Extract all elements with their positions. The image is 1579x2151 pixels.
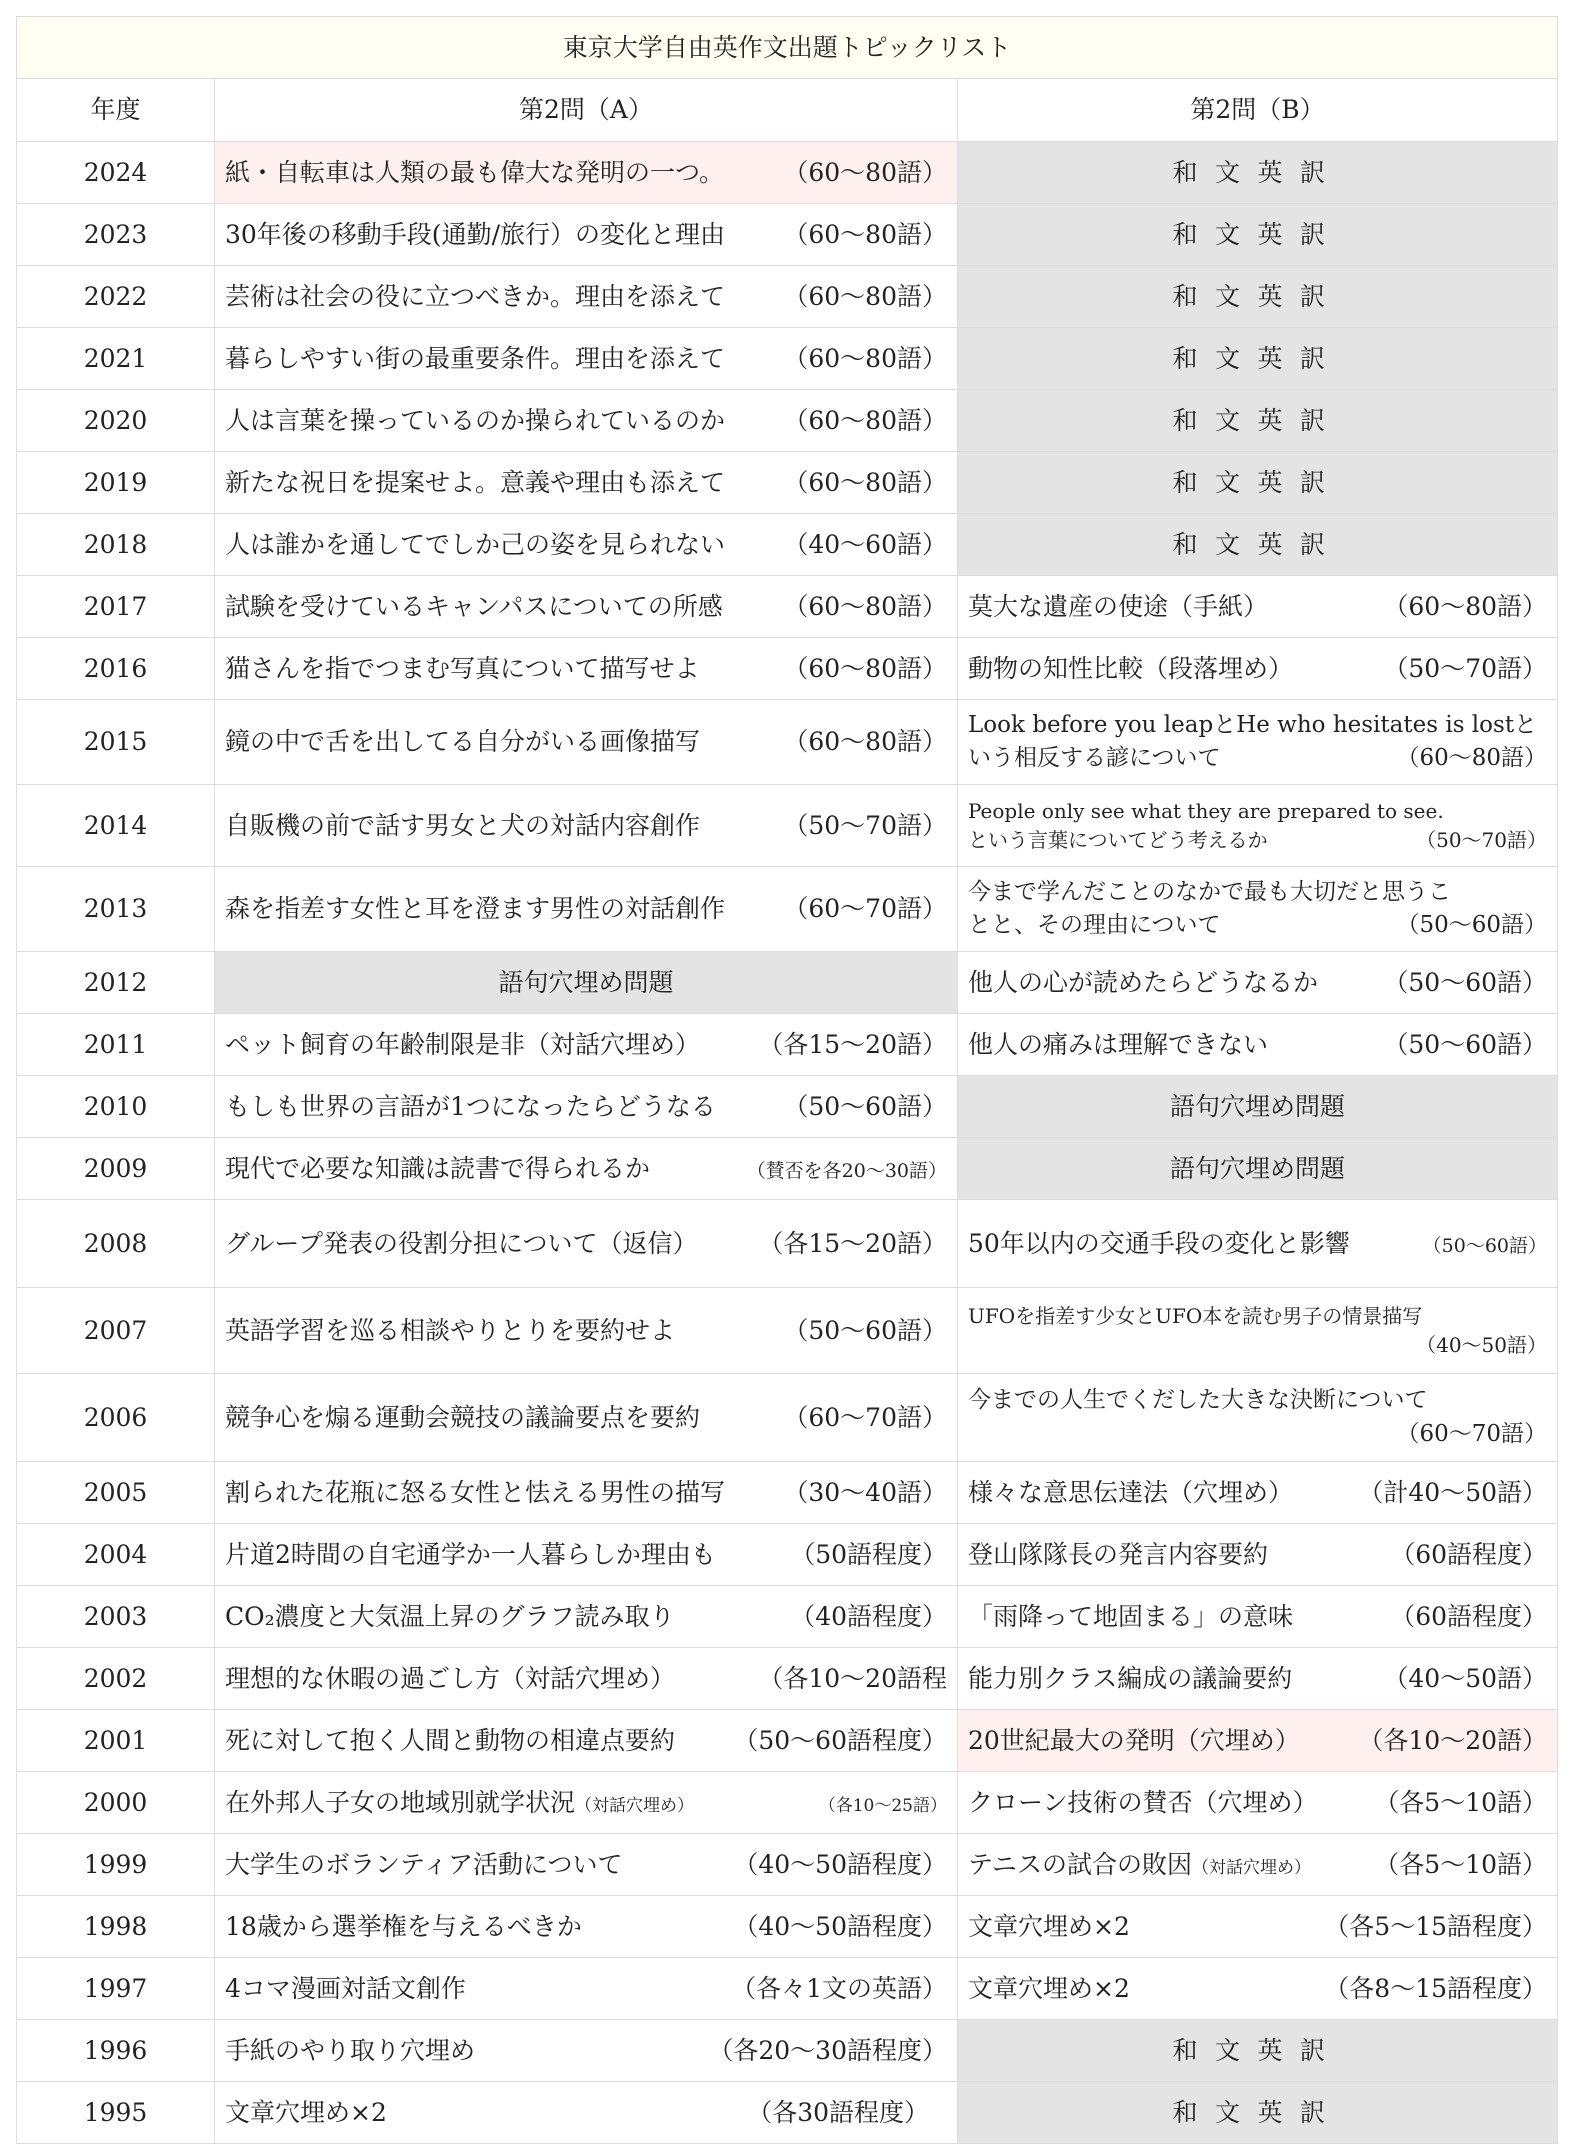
part-b-cell: 他人の痛みは理解できない（50〜60語） <box>958 1014 1558 1076</box>
part-b-cell: 「雨降って地固まる」の意味（60語程度） <box>958 1586 1558 1648</box>
part-b-cell: 他人の心が読めたらどうなるか（50〜60語） <box>958 952 1558 1014</box>
part-a-cell: CO₂濃度と大気温上昇のグラフ読み取り（40語程度） <box>215 1586 958 1648</box>
year-cell: 1996 <box>17 2020 215 2082</box>
part-b-cell: 文章穴埋め×2（各8〜15語程度） <box>958 1958 1558 2020</box>
year-cell: 1998 <box>17 1896 215 1958</box>
part-a-cell: 新たな祝日を提案せよ。意義や理由も添えて（60〜80語） <box>215 452 958 514</box>
part-b-cell: 20世紀最大の発明（穴埋め）（各10〜20語） <box>958 1710 1558 1772</box>
part-b-cell: Look before you leapとHe who hesitates is… <box>958 700 1558 785</box>
part-b-cell: 語句穴埋め問題 <box>958 1076 1558 1138</box>
part-b-cell: 動物の知性比較（段落埋め）（50〜70語） <box>958 638 1558 700</box>
table-row: 2017 試験を受けているキャンパスについての所感（60〜80語） 莫大な遺産の… <box>17 576 1558 638</box>
part-a-cell: 人は言葉を操っているのか操られているのか（60〜80語） <box>215 390 958 452</box>
table-row: 2008 グループ発表の役割分担について（返信）（各15〜20語） 50年以内の… <box>17 1200 1558 1288</box>
year-cell: 1997 <box>17 1958 215 2020</box>
year-cell: 2004 <box>17 1524 215 1586</box>
table-row: 2019 新たな祝日を提案せよ。意義や理由も添えて（60〜80語） 和文英訳 <box>17 452 1558 514</box>
year-cell: 2010 <box>17 1076 215 1138</box>
table-row: 1997 4コマ漫画対話文創作（各々1文の英語） 文章穴埋め×2（各8〜15語程… <box>17 1958 1558 2020</box>
year-cell: 2022 <box>17 266 215 328</box>
year-cell: 2017 <box>17 576 215 638</box>
part-b-cell: 和文英訳 <box>958 2020 1558 2082</box>
part-a-cell: もしも世界の言語が1つになったらどうなる（50〜60語） <box>215 1076 958 1138</box>
part-a-cell: 片道2時間の自宅通学か一人暮らしか理由も（50語程度） <box>215 1524 958 1586</box>
table-row: 2015 鏡の中で舌を出してる自分がいる画像描写（60〜80語） Look be… <box>17 700 1558 785</box>
table-row: 2006 競争心を煽る運動会競技の議論要点を要約（60〜70語） 今までの人生で… <box>17 1374 1558 1462</box>
year-cell: 2016 <box>17 638 215 700</box>
table-row: 1998 18歳から選挙権を与えるべきか（40〜50語程度） 文章穴埋め×2（各… <box>17 1896 1558 1958</box>
table-row: 2005 割られた花瓶に怒る女性と怯える男性の描写（30〜40語） 様々な意思伝… <box>17 1462 1558 1524</box>
table-row: 2021 暮らしやすい街の最重要条件。理由を添えて（60〜80語） 和文英訳 <box>17 328 1558 390</box>
part-a-cell: 英語学習を巡る相談やりとりを要約せよ（50〜60語） <box>215 1288 958 1374</box>
part-a-cell: 現代で必要な知識は読書で得られるか（賛否を各20〜30語） <box>215 1138 958 1200</box>
year-cell: 2014 <box>17 785 215 867</box>
year-cell: 2015 <box>17 700 215 785</box>
part-b-cell: UFOを指差す少女とUFO本を読む男子の情景描写（40〜50語） <box>958 1288 1558 1374</box>
table-row: 2011 ペット飼育の年齢制限是非（対話穴埋め）（各15〜20語） 他人の痛みは… <box>17 1014 1558 1076</box>
table-row: 2007 英語学習を巡る相談やりとりを要約せよ（50〜60語） UFOを指差す少… <box>17 1288 1558 1374</box>
part-a-cell: 競争心を煽る運動会競技の議論要点を要約（60〜70語） <box>215 1374 958 1462</box>
table-row: 2022 芸術は社会の役に立つべきか。理由を添えて（60〜80語） 和文英訳 <box>17 266 1558 328</box>
year-cell: 2008 <box>17 1200 215 1288</box>
year-cell: 2024 <box>17 142 215 204</box>
year-cell: 2011 <box>17 1014 215 1076</box>
part-a-cell: 文章穴埋め×2（各30語程度） <box>215 2082 958 2144</box>
table-row: 2009 現代で必要な知識は読書で得られるか（賛否を各20〜30語） 語句穴埋め… <box>17 1138 1558 1200</box>
year-cell: 1999 <box>17 1834 215 1896</box>
year-cell: 2012 <box>17 952 215 1014</box>
part-a-cell: 芸術は社会の役に立つべきか。理由を添えて（60〜80語） <box>215 266 958 328</box>
part-a-cell: 大学生のボランティア活動について（40〜50語程度） <box>215 1834 958 1896</box>
part-b-cell: クローン技術の賛否（穴埋め）（各5〜10語） <box>958 1772 1558 1834</box>
table-row: 2013 森を指差す女性と耳を澄ます男性の対話創作（60〜70語） 今まで学んだ… <box>17 867 1558 952</box>
part-b-cell: 様々な意思伝達法（穴埋め）（計40〜50語） <box>958 1462 1558 1524</box>
table-row: 2018 人は誰かを通してでしか己の姿を見られない（40〜60語） 和文英訳 <box>17 514 1558 576</box>
table-row: 2012 語句穴埋め問題 他人の心が読めたらどうなるか（50〜60語） <box>17 952 1558 1014</box>
year-cell: 2007 <box>17 1288 215 1374</box>
year-cell: 2002 <box>17 1648 215 1710</box>
part-a-cell: 死に対して抱く人間と動物の相違点要約（50〜60語程度） <box>215 1710 958 1772</box>
table-row: 1995 文章穴埋め×2（各30語程度） 和文英訳 <box>17 2082 1558 2144</box>
part-a-cell: 自販機の前で話す男女と犬の対話内容創作（50〜70語） <box>215 785 958 867</box>
part-b-cell: 和文英訳 <box>958 452 1558 514</box>
part-a-cell: 割られた花瓶に怒る女性と怯える男性の描写（30〜40語） <box>215 1462 958 1524</box>
topic-table: 東京大学自由英作文出題トピックリスト 年度 第2問（A） 第2問（B） 2024… <box>16 16 1558 2144</box>
part-a-cell: 4コマ漫画対話文創作（各々1文の英語） <box>215 1958 958 2020</box>
year-cell: 1995 <box>17 2082 215 2144</box>
part-a-cell: グループ発表の役割分担について（返信）（各15〜20語） <box>215 1200 958 1288</box>
year-cell: 2018 <box>17 514 215 576</box>
part-b-cell: 50年以内の交通手段の変化と影響（50〜60語） <box>958 1200 1558 1288</box>
header-part-a: 第2問（A） <box>215 79 958 142</box>
part-b-cell: 和文英訳 <box>958 390 1558 452</box>
table-row: 2002 理想的な休暇の過ごし方（対話穴埋め）（各10〜20語程 能力別クラス編… <box>17 1648 1558 1710</box>
year-cell: 2001 <box>17 1710 215 1772</box>
table-row: 2014 自販機の前で話す男女と犬の対話内容創作（50〜70語） People … <box>17 785 1558 867</box>
part-b-cell: 和文英訳 <box>958 204 1558 266</box>
header-year: 年度 <box>17 79 215 142</box>
table-row: 2001 死に対して抱く人間と動物の相違点要約（50〜60語程度） 20世紀最大… <box>17 1710 1558 1772</box>
part-b-cell: 登山隊隊長の発言内容要約（60語程度） <box>958 1524 1558 1586</box>
part-a-cell: ペット飼育の年齢制限是非（対話穴埋め）（各15〜20語） <box>215 1014 958 1076</box>
part-a-cell: 猫さんを指でつまむ写真について描写せよ（60〜80語） <box>215 638 958 700</box>
year-cell: 2023 <box>17 204 215 266</box>
part-a-cell: 理想的な休暇の過ごし方（対話穴埋め）（各10〜20語程 <box>215 1648 958 1710</box>
table-row: 1999 大学生のボランティア活動について（40〜50語程度） テニスの試合の敗… <box>17 1834 1558 1896</box>
part-b-cell: 和文英訳 <box>958 2082 1558 2144</box>
year-cell: 2006 <box>17 1374 215 1462</box>
part-a-cell: 人は誰かを通してでしか己の姿を見られない（40〜60語） <box>215 514 958 576</box>
table-row: 2000 在外邦人子女の地域別就学状況（対話穴埋め）（各10〜25語） クローン… <box>17 1772 1558 1834</box>
part-b-cell: テニスの試合の敗因（対話穴埋め）（各5〜10語） <box>958 1834 1558 1896</box>
table-row: 1996 手紙のやり取り穴埋め（各20〜30語程度） 和文英訳 <box>17 2020 1558 2082</box>
part-a-cell: 紙・自転車は人類の最も偉大な発明の一つ。（60〜80語） <box>215 142 958 204</box>
part-b-cell: People only see what they are prepared t… <box>958 785 1558 867</box>
year-cell: 2019 <box>17 452 215 514</box>
part-a-cell: 暮らしやすい街の最重要条件。理由を添えて（60〜80語） <box>215 328 958 390</box>
part-b-cell: 今まで学んだことのなかで最も大切だと思うことと、その理由について（50〜60語） <box>958 867 1558 952</box>
part-b-cell: 莫大な遺産の使途（手紙）（60〜80語） <box>958 576 1558 638</box>
part-a-cell: 在外邦人子女の地域別就学状況（対話穴埋め）（各10〜25語） <box>215 1772 958 1834</box>
header-part-b: 第2問（B） <box>958 79 1558 142</box>
year-cell: 2013 <box>17 867 215 952</box>
part-a-cell: 手紙のやり取り穴埋め（各20〜30語程度） <box>215 2020 958 2082</box>
year-cell: 2020 <box>17 390 215 452</box>
year-cell: 2021 <box>17 328 215 390</box>
year-cell: 2009 <box>17 1138 215 1200</box>
table-row: 2004 片道2時間の自宅通学か一人暮らしか理由も（50語程度） 登山隊隊長の発… <box>17 1524 1558 1586</box>
part-b-cell: 今までの人生でくだした大きな決断について（60〜70語） <box>958 1374 1558 1462</box>
year-cell: 2005 <box>17 1462 215 1524</box>
part-a-cell: 18歳から選挙権を与えるべきか（40〜50語程度） <box>215 1896 958 1958</box>
table-row: 2020 人は言葉を操っているのか操られているのか（60〜80語） 和文英訳 <box>17 390 1558 452</box>
part-b-cell: 能力別クラス編成の議論要約（40〜50語） <box>958 1648 1558 1710</box>
table-row: 2024 紙・自転車は人類の最も偉大な発明の一つ。（60〜80語） 和文英訳 <box>17 142 1558 204</box>
table-title: 東京大学自由英作文出題トピックリスト <box>17 17 1558 79</box>
part-a-cell: 森を指差す女性と耳を澄ます男性の対話創作（60〜70語） <box>215 867 958 952</box>
part-b-cell: 和文英訳 <box>958 328 1558 390</box>
year-cell: 2000 <box>17 1772 215 1834</box>
part-a-cell: 試験を受けているキャンパスについての所感（60〜80語） <box>215 576 958 638</box>
part-b-cell: 語句穴埋め問題 <box>958 1138 1558 1200</box>
part-a-cell: 鏡の中で舌を出してる自分がいる画像描写（60〜80語） <box>215 700 958 785</box>
table-row: 2023 30年後の移動手段(通勤/旅行）の変化と理由（60〜80語） 和文英訳 <box>17 204 1558 266</box>
part-b-cell: 和文英訳 <box>958 266 1558 328</box>
table-row: 2003 CO₂濃度と大気温上昇のグラフ読み取り（40語程度） 「雨降って地固ま… <box>17 1586 1558 1648</box>
part-b-cell: 文章穴埋め×2（各5〜15語程度） <box>958 1896 1558 1958</box>
part-b-cell: 和文英訳 <box>958 514 1558 576</box>
part-a-cell: 語句穴埋め問題 <box>215 952 958 1014</box>
part-a-cell: 30年後の移動手段(通勤/旅行）の変化と理由（60〜80語） <box>215 204 958 266</box>
part-b-cell: 和文英訳 <box>958 142 1558 204</box>
table-row: 2010 もしも世界の言語が1つになったらどうなる（50〜60語） 語句穴埋め問… <box>17 1076 1558 1138</box>
year-cell: 2003 <box>17 1586 215 1648</box>
table-row: 2016 猫さんを指でつまむ写真について描写せよ（60〜80語） 動物の知性比較… <box>17 638 1558 700</box>
